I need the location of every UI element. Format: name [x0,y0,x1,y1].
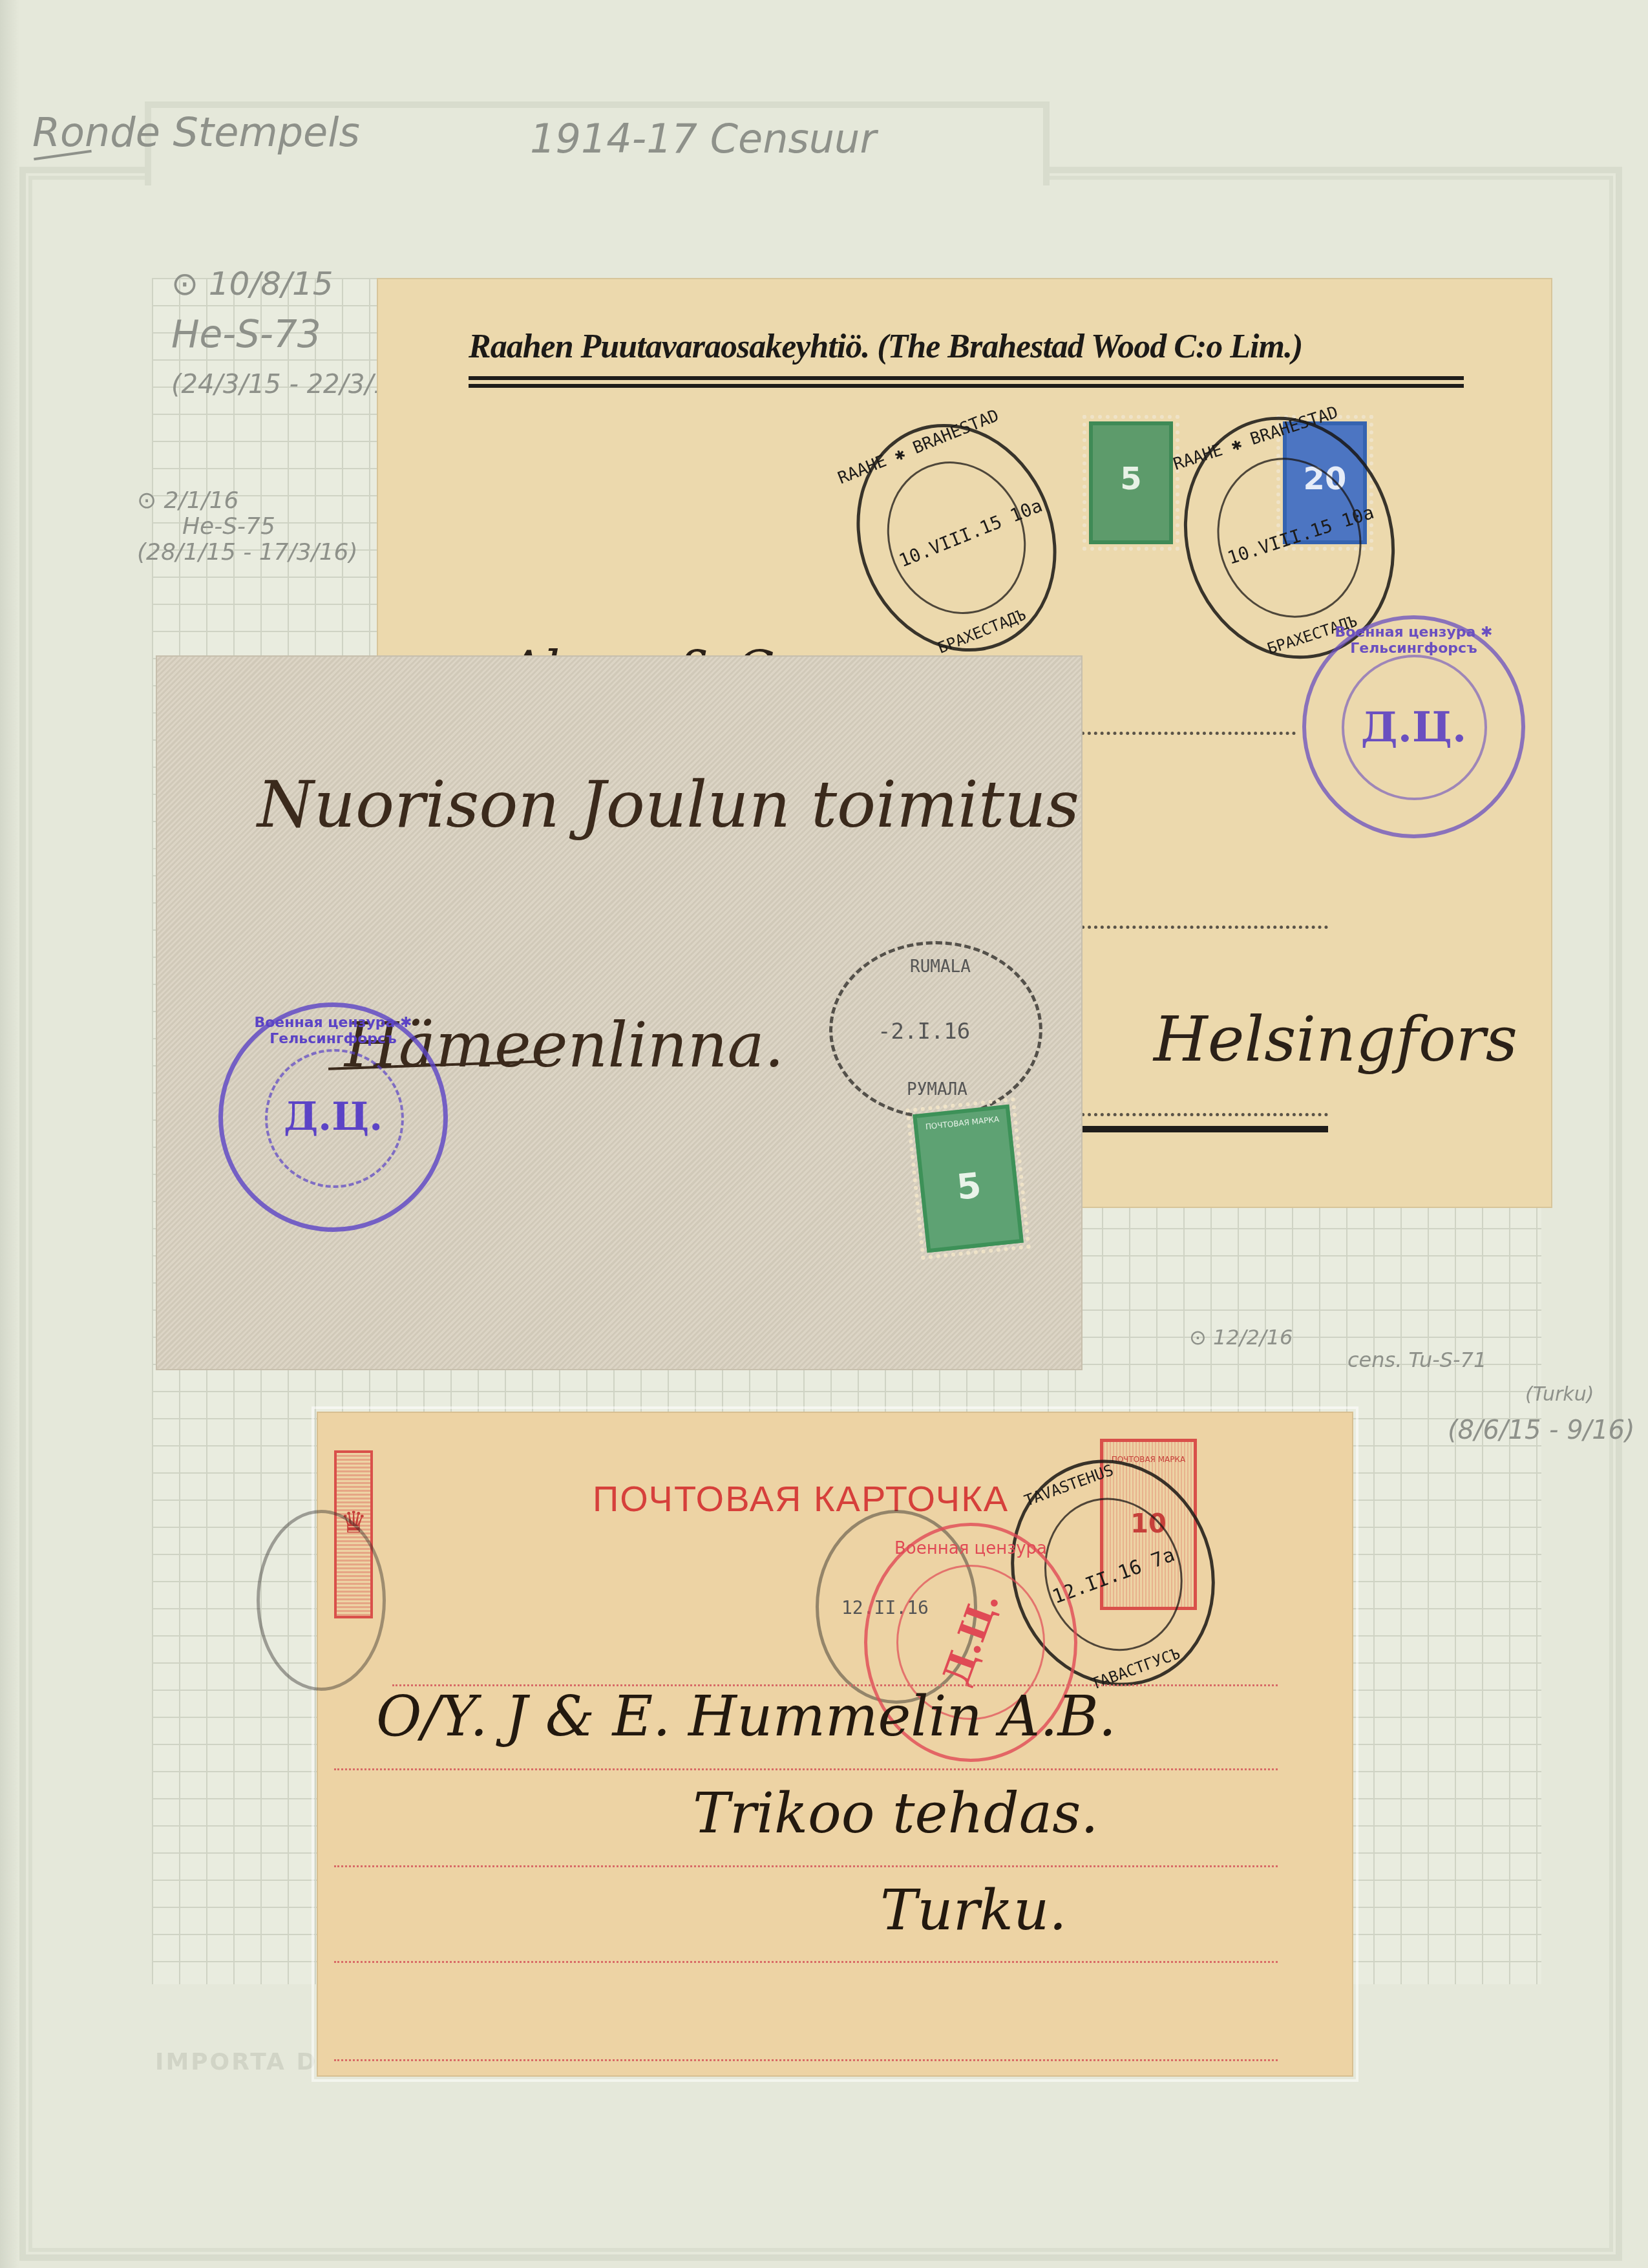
censor-mark-violet: Военная цензура ✱ Гельсингфорсъ Д.Ц. [218,1002,448,1232]
address-line [334,1961,1278,1963]
address-addressee: Nuorison Joulun toimitus [257,767,1079,842]
censor-ring-text: Военная цензура ✱ Гельсингфорсъ [1306,624,1521,657]
note-line: He-S-75 [137,514,358,540]
note-card-city: (Turku) [1525,1383,1594,1406]
letterhead-rule [469,376,1464,380]
cover-hameenlinna[interactable]: Nuorison Joulun toimitus Hämeenlinna. RU… [157,657,1081,1369]
postmark-top-text: RUMALA [910,957,971,977]
note-cover2: ⊙ 2/1/16 He-S-75 (28/1/15 - 17/3/16) [137,488,358,566]
censor-mark-violet: Военная цензура ✱ Гельсингфорсъ Д.Ц. [1302,615,1525,838]
postcard-hummelin[interactable]: ♛ ПОЧТОВАЯ КАРТОЧКА ПОЧТОВАЯ МАРКА 10 TA… [318,1413,1352,2075]
page-edge-shadow [0,0,19,2268]
note-card-range: (8/6/15 - 9/16) [1448,1415,1635,1445]
address-addressee: O/Y. J & E. Hummelin A.B. [376,1684,1116,1749]
censor-ring-text: Военная цензура [867,1539,1074,1558]
stamp-5-pen: 5 [1089,421,1173,544]
stamp-5-pen: ПОЧТОВАЯ МАРКА 5 [913,1105,1024,1253]
postmark-raahe-1: RAAHE ✱ BRAHESTAD 10.VIII.15 10a БРАХЕСТ… [823,394,1090,682]
postmark-bottom-text: БРАХЕСТАДЪ [935,606,1028,657]
page-title-box: 1914-17 Censuur [530,115,876,162]
censor-ring-text: Военная цензура ✱ Гельсингфорсъ [223,1015,443,1047]
censor-center-text: Д.Ц. [1306,703,1521,752]
note-card-date: ⊙ 12/2/16 [1189,1325,1293,1350]
address-line [334,1768,1278,1770]
postmark-rumala: RUMALA -2.I.16 РУМАЛА [829,941,1042,1119]
stamp-value: 5 [922,1161,1015,1211]
address-line [334,2059,1278,2061]
address-street: Trikoo tehdas. [693,1781,1099,1846]
printed-letterhead: Raahen Puutavaraosakeyhtiö. (The Brahest… [469,328,1302,366]
note-line: (28/1/15 - 17/3/16) [137,540,358,566]
stamp-value: 5 [1093,461,1169,497]
address-line [334,1865,1278,1867]
postmark-partial [257,1510,386,1691]
note-line: ⊙ 2/1/16 [137,488,358,514]
page-title-left: Ronde Stempels [32,109,360,156]
address-city: Turku. [880,1878,1067,1943]
address-city: Helsingfors [1154,1003,1517,1076]
censor-center-text: Д.Ц. [223,1094,443,1139]
postmark-bottom-text: РУМАЛА [907,1080,967,1099]
postmark-date: -2.I.16 [878,1019,970,1044]
stamp-label: ПОЧТОВАЯ МАРКА [918,1114,1008,1132]
postcard-heading: ПОЧТОВАЯ КАРТОЧКА [593,1478,1009,1520]
letterhead-rule [469,384,1464,388]
note-card-cens: cens. Tu-S-71 [1347,1348,1486,1372]
